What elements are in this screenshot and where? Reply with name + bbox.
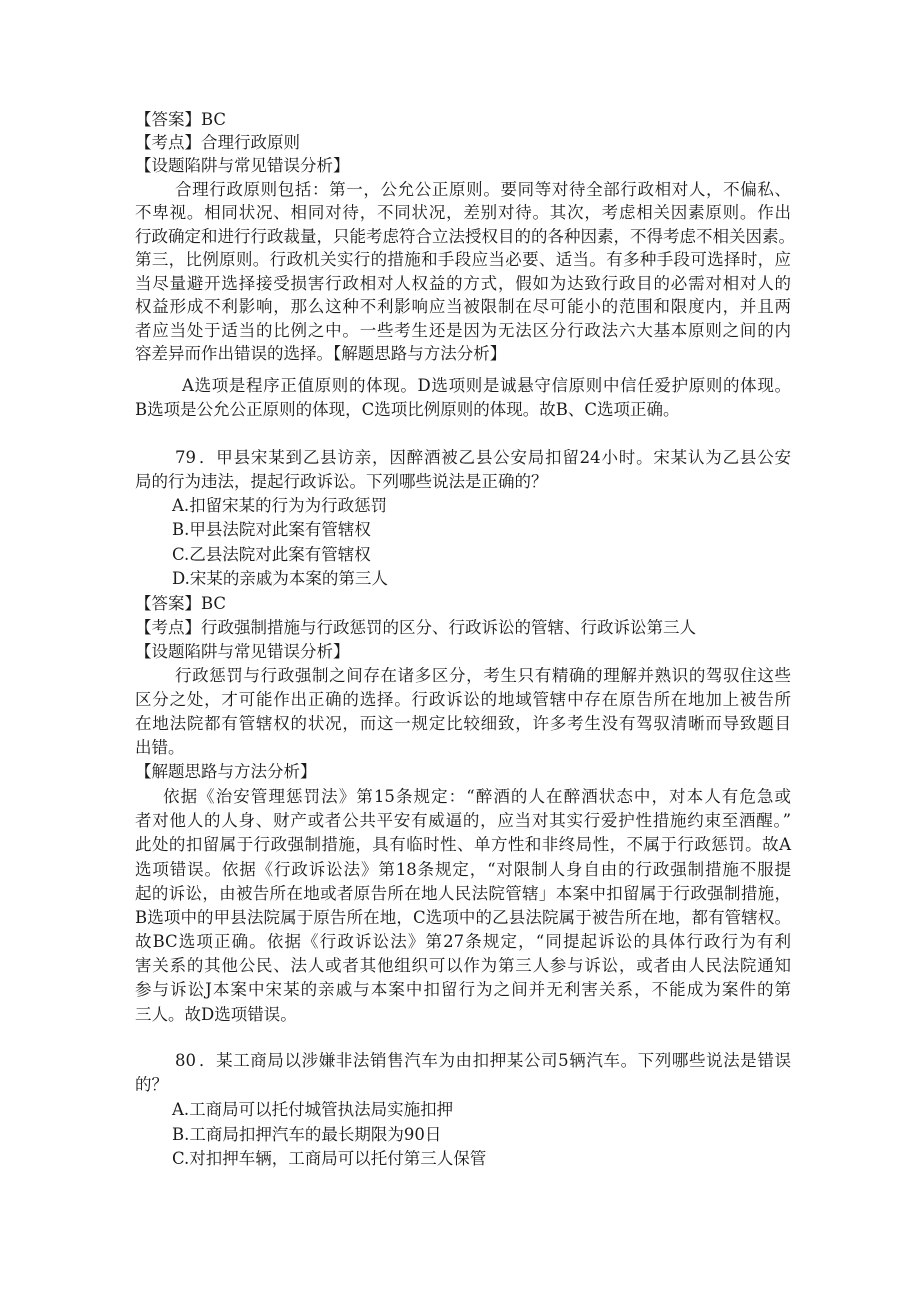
solution-line: 故BC选项正确。依据《行政诉讼法》第27条规定，“同提起诉讼的具体行政行为有利 [135, 930, 791, 954]
solution-line: 起的诉讼，由被告所在地或者原告所在地人民法院管辖」本案中扣留属于行政强制措施， [135, 882, 791, 906]
solution-line: A选项是程序正值原则的体现。D选项则是诚悬守信原则中信任爱护原则的体现。 [182, 374, 791, 398]
solution-line: 依据《治安管理惩罚法》第15条规定：“醉酒的人在醉酒状态中，对本人有危急或 [163, 785, 791, 809]
option-a: A.扣留宋某的行为为行政惩罚 [172, 494, 828, 518]
option-c: C.乙县法院对此案有管辖权 [172, 543, 828, 567]
paragraph-line: 当尽量避开选择接受损害行政相对人权益的方式，假如为达致行政目的必需对相对人的 [135, 272, 791, 296]
key-point-label: 【考点】合理行政原则 [135, 131, 791, 155]
solution-heading: 【解题思路与方法分析】 [135, 760, 791, 784]
paragraph-line: 区分之处，才可能作出正确的选择。行政诉讼的地域管辖中存在原告所在地加上被告所 [135, 688, 791, 712]
answer-label: 【答案】BC [135, 592, 791, 616]
document-page: 【答案】BC 【考点】合理行政原则 【设题陷阱与常见错误分析】 合理行政原则包括… [0, 0, 920, 1301]
solution-line: 者对他人的人身、财产或者公共平安有威逼的，应当对其实行爱护性措施约束至酒醒。” [135, 809, 791, 833]
solution-line: 选项错误。依据《行政诉讼法》第18条规定，“对限制人身自由的行政强制措施不服提 [135, 858, 791, 882]
option-c: C.对扣押车辆，工商局可以托付第三人保管 [172, 1147, 828, 1171]
question-stem-line: ．某工商局以涉嫌非法销售汽车为由扣押某公司5辆汽车。下列哪些说法是错误 [199, 1049, 791, 1073]
solution-line: 害关系的其他公民、法人或者其他组织可以作为第三人参与诉讼，或者由人民法院通知 [135, 954, 791, 978]
paragraph-line: 权益形成不利影响，那么这种不利影响应当被限制在尽可能小的范围和限度内，并且两 [135, 295, 791, 319]
option-d: D.宋某的亲戚为本案的第三人 [172, 567, 828, 591]
option-b: B.工商局扣押汽车的最长期限为90日 [172, 1123, 828, 1147]
paragraph-line: 合理行政原则包括：第一，公允公正原则。要同等对待全部行政相对人，不偏私、 [175, 178, 791, 202]
solution-line: B选项是公允公正原则的体现，C选项比例原则的体现。故B、C选项正确。 [135, 398, 791, 422]
paragraph-line: 容差异而作出错误的选择。【解题思路与方法分析】 [135, 342, 791, 366]
question-stem-line: 局的行为违法，提起行政诉讼。下列哪些说法是正确的？ [135, 470, 791, 494]
solution-line: 参与诉讼J本案中宋某的亲戚与本案中扣留行为之间并无利害关系，不能成为案件的第 [135, 978, 791, 1002]
paragraph-line: 第三，比例原则。行政机关实行的措施和手段应当必要、适当。有多种手段可选择时，应 [135, 248, 791, 272]
option-b: B.甲县法院对此案有管辖权 [172, 518, 828, 542]
paragraph-line: 者应当处于适当的比例之中。一些考生还是因为无法区分行政法六大基本原则之间的内 [135, 319, 791, 343]
question-stem-line: 的？ [135, 1073, 791, 1097]
solution-line: B选项中的甲县法院属于原告所在地，C选项中的乙县法院属于被告所在地，都有管辖权。 [135, 906, 791, 930]
question-stem-line: ．甲县宋某到乙县访亲，因醉酒被乙县公安局扣留24小时。宋某认为乙县公安 [199, 446, 791, 470]
paragraph-line: 行政惩罚与行政强制之间存在诸多区分，考生只有精确的理解并熟识的驾驭住这些 [175, 664, 791, 688]
key-point-label: 【考点】行政强制措施与行政惩罚的区分、行政诉讼的管辖、行政诉讼第三人 [135, 616, 791, 640]
paragraph-line: 不卑视。相同状况、相同对待，不同状况，差别对待。其次，考虑相关因素原则。作出 [135, 201, 791, 225]
answer-label: 【答案】BC [135, 108, 791, 132]
paragraph-line: 行政确定和进行行政裁量，只能考虑符合立法授权目的的各种因素，不得考虑不相关因素。 [135, 225, 791, 249]
paragraph-line: 在地法院都有管辖权的状况，而这一规定比较细致，许多考生没有驾驭清晰而导致题目 [135, 712, 791, 736]
trap-analysis-heading: 【设题陷阱与常见错误分析】 [135, 154, 791, 178]
paragraph-line: 出错。 [135, 736, 791, 760]
trap-analysis-heading: 【设题陷阱与常见错误分析】 [135, 640, 791, 664]
solution-line: 此处的扣留属于行政强制措施，具有临时性、单方性和非终局性，不属于行政惩罚。故A [135, 833, 791, 857]
solution-line: 三人。故D选项错误。 [135, 1003, 791, 1027]
option-a: A.工商局可以托付城管执法局实施扣押 [172, 1098, 828, 1122]
